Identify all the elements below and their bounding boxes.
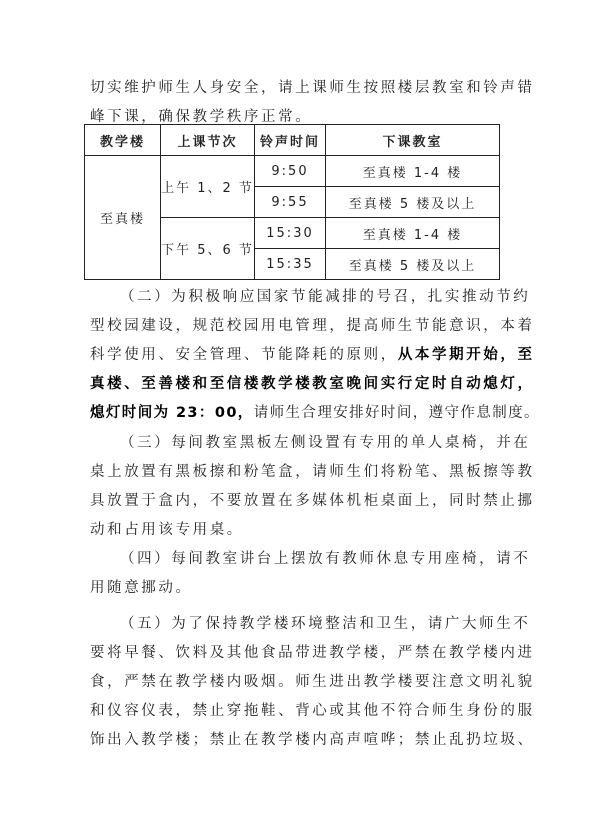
header-classroom: 下课教室 — [326, 125, 500, 156]
cell-time: 9:55 — [255, 187, 326, 218]
section-2-line-1: （二）为积极响应国家节能减排的号召，扎实推动节约 — [120, 287, 540, 307]
cell-classroom: 至真楼 1-4 楼 — [326, 156, 500, 187]
cell-session-morning: 上午 1、2 节 — [161, 156, 255, 218]
section-5-line-2: 要将早餐、饮料及其他食品带进教学楼，严禁在教学楼内进 — [90, 643, 510, 663]
cell-time: 15:35 — [255, 249, 326, 280]
table-header-row: 教学楼 上课节次 铃声时间 下课教室 — [85, 125, 500, 156]
section-2-line-3: 科学使用、安全管理、节能降耗的原则，从本学期开始，至 — [90, 345, 510, 365]
section-2-line-5: 熄灯时间为 23：00，请师生合理安排好时间，遵守作息制度。 — [90, 403, 510, 423]
header-building: 教学楼 — [85, 125, 161, 156]
section-2-text: 请师生合理安排好时间，遵守作息制度。 — [254, 405, 540, 421]
cell-session-afternoon: 下午 5、6 节 — [161, 218, 255, 280]
bell-schedule-table: 教学楼 上课节次 铃声时间 下课教室 至真楼 上午 1、2 节 9:50 至真楼… — [84, 124, 500, 280]
section-2-emphasis: 从本学期开始，至 — [398, 347, 535, 363]
cell-building: 至真楼 — [85, 156, 161, 280]
section-2-line-2: 型校园建设，规范校园用电管理，提高师生节能意识，本着 — [90, 316, 510, 336]
table-row: 至真楼 上午 1、2 节 9:50 至真楼 1-4 楼 — [85, 156, 500, 187]
section-5-line-1: （五）为了保持教学楼环境整洁和卫生，请广大师生不 — [120, 614, 540, 634]
cell-time: 15:30 — [255, 218, 326, 249]
section-3-line-1: （三）每间教室黑板左侧设置有专用的单人桌椅，并在 — [120, 433, 540, 453]
section-3-line-2: 桌上放置有黑板擦和粉笔盒，请师生们将粉笔、黑板擦等教 — [90, 462, 510, 482]
cell-time: 9:50 — [255, 156, 326, 187]
cell-classroom: 至真楼 1-4 楼 — [326, 218, 500, 249]
section-4-line-2: 用随意挪动。 — [90, 578, 510, 598]
section-3-line-3: 具放置于盒内，不要放置在多媒体机柜桌面上，同时禁止挪 — [90, 491, 510, 511]
document-page: 切实维护师生人身安全，请上课师生按照楼层教室和铃声错 峰下课，确保教学秩序正常。… — [0, 0, 597, 815]
section-2-line-4: 真楼、至善楼和至信楼教学楼教室晚间实行定时自动熄灯， — [90, 374, 510, 394]
section-5-line-5: 饰出入教学楼；禁止在教学楼内高声喧哗；禁止乱扔垃圾、 — [90, 730, 510, 750]
section-5-line-4: 和仪容仪表，禁止穿拖鞋、背心或其他不符合师生身份的服 — [90, 701, 510, 721]
section-2-emphasis: 熄灯时间为 23：00， — [90, 405, 254, 421]
section-5-line-3: 食，严禁在教学楼内吸烟。师生进出教学楼要注意文明礼貌 — [90, 672, 510, 692]
section-3-line-4: 动和占用该专用桌。 — [90, 520, 510, 540]
intro-line-1: 切实维护师生人身安全，请上课师生按照楼层教室和铃声错 — [90, 78, 510, 98]
cell-classroom: 至真楼 5 楼及以上 — [326, 249, 500, 280]
section-2-text: 科学使用、安全管理、节能降耗的原则， — [90, 347, 398, 363]
header-bell-time: 铃声时间 — [255, 125, 326, 156]
header-session: 上课节次 — [161, 125, 255, 156]
cell-classroom: 至真楼 5 楼及以上 — [326, 187, 500, 218]
section-4-line-1: （四）每间教室讲台上摆放有教师休息专用座椅，请不 — [120, 549, 540, 569]
